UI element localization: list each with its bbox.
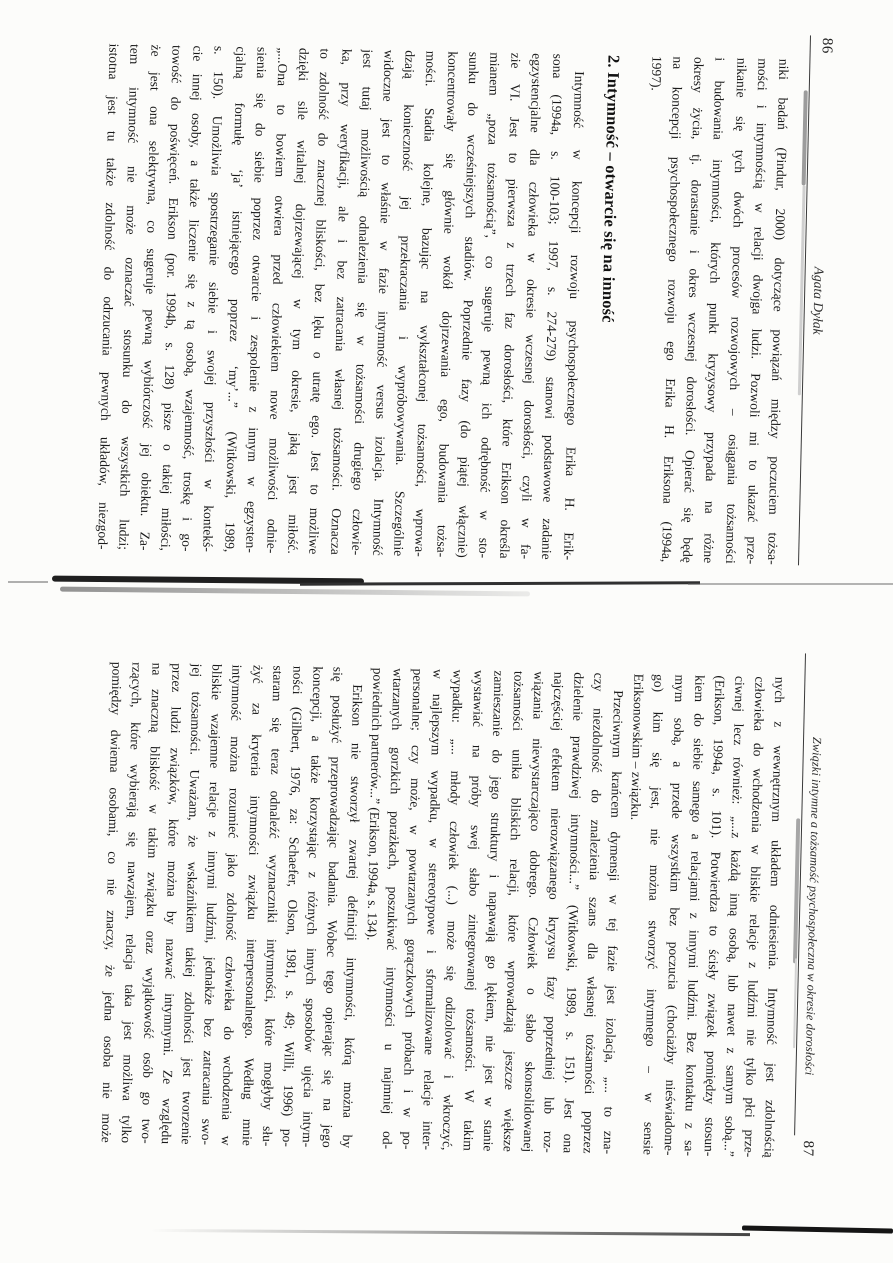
paragraph: nych z wewnętrznym układem odniesienia. … — [618, 673, 790, 1158]
page-body: niki badań (Pindur, 2000) dotyczące powi… — [92, 19, 795, 565]
spine-shadow — [300, 581, 700, 585]
book-scan: 86 Agata Dyłak niki badań (Pindur, 2000)… — [0, 0, 893, 1263]
scan-smudge — [802, 90, 808, 185]
scan-smudge — [798, 185, 805, 395]
spine-shadow — [60, 587, 530, 597]
section-heading: 2. Intymność – otwarcie się na inność — [591, 55, 624, 561]
scan-smudge — [793, 818, 800, 963]
scanned-page-87: Związki intymne a tożsamość psychospołec… — [85, 637, 830, 1159]
paragraph: niki badań (Pindur, 2000) dotyczące powi… — [635, 56, 795, 565]
scanned-page-86: 86 Agata Dyłak niki badań (Pindur, 2000)… — [81, 19, 835, 566]
paragraph: Intymność w koncepcji rozwoju psychospoł… — [92, 43, 591, 560]
scan-smudge — [793, 958, 797, 1048]
page-body: nych z wewnętrznym układem odniesienia. … — [96, 638, 790, 1158]
paragraph: Erikson nie stworzył zwartej definicji i… — [96, 662, 368, 1149]
spine-shadow — [8, 581, 48, 583]
page-number: 87 — [799, 1140, 816, 1156]
page-edge-shadow — [150, 1229, 750, 1236]
paragraph: Przeciwnym krańcem dymensji w tej fazie … — [357, 668, 629, 1155]
spine-shadow — [688, 583, 893, 585]
page-edge-shadow — [742, 1225, 893, 1233]
page-number: 86 — [818, 38, 835, 54]
